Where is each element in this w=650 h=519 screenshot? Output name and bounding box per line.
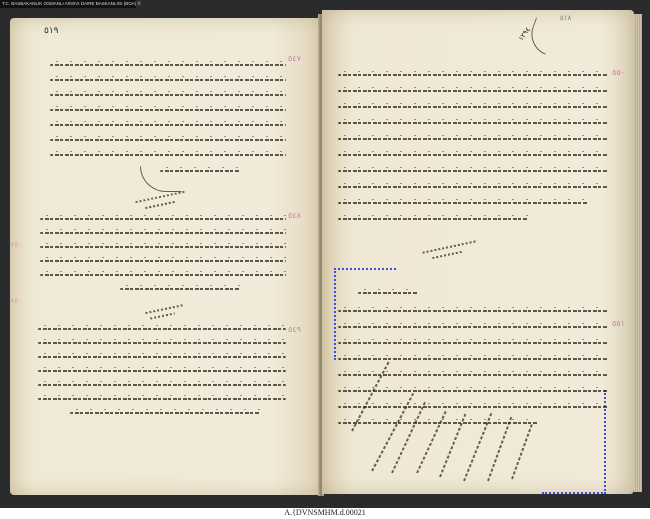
blue-pencil-bracket-top	[334, 268, 396, 360]
text-line	[338, 326, 608, 328]
text-line	[40, 218, 286, 220]
entry-heading	[432, 251, 462, 259]
archive-header-label: T.C. BASBAKANLIK OSMANLI ARSIVI DAIRE BA…	[0, 0, 136, 8]
text-line	[338, 202, 588, 204]
marginal-annotation-line	[487, 415, 513, 481]
entry-number-549: ٥٤٩	[288, 325, 301, 334]
text-line	[338, 218, 528, 220]
text-line	[338, 310, 608, 312]
text-line	[38, 370, 286, 372]
text-line	[338, 406, 608, 408]
right-manuscript-page: ٥١٨ ١٢٩٤ ٥٥٠ ٥٥١	[322, 10, 634, 494]
outer-margin-mark: ٨٥٠	[10, 296, 23, 305]
text-line	[40, 274, 286, 276]
text-line	[50, 124, 286, 126]
entry-heading	[150, 312, 175, 319]
document-reference-caption: A.{DVNSMHM.d.00021	[0, 508, 650, 517]
text-line	[38, 342, 286, 344]
text-line	[358, 292, 418, 294]
outer-margin-mark: ٧٥٠	[10, 240, 23, 249]
marginal-date-note: ١٢٩٤	[517, 26, 532, 43]
text-line	[38, 328, 286, 330]
closing-flourish	[140, 166, 182, 192]
text-line	[338, 122, 608, 124]
text-line	[338, 170, 608, 172]
entry-heading	[135, 191, 184, 203]
marginal-annotation-line	[511, 422, 533, 479]
text-line	[338, 106, 608, 108]
text-line	[40, 232, 286, 234]
text-line	[120, 288, 240, 290]
text-line	[338, 138, 608, 140]
entry-heading	[422, 240, 476, 253]
text-line	[40, 260, 286, 262]
entry-number-547: ٥٤٧	[288, 54, 301, 63]
text-line	[338, 390, 608, 392]
text-line	[338, 90, 608, 92]
text-line	[50, 139, 286, 141]
text-line	[50, 94, 286, 96]
entry-number-548: ٥٤٨	[288, 211, 301, 220]
entry-heading	[145, 304, 185, 314]
text-line	[70, 412, 260, 414]
text-line	[338, 154, 608, 156]
entry-heading	[145, 201, 175, 209]
page-edges	[634, 14, 642, 492]
right-folio-number: ٥١٨	[560, 14, 571, 22]
text-line	[38, 384, 286, 386]
left-folio-number: ٥١٩	[44, 26, 59, 36]
text-line	[338, 342, 608, 344]
left-manuscript-page: ٥١٩ ٥٤٧ ٥٤٨ ٥٤٩ ٧٥٠ ٨٥٠	[10, 18, 320, 495]
text-line	[40, 246, 286, 248]
text-line	[338, 74, 608, 76]
text-line	[38, 356, 286, 358]
marginal-stroke	[525, 17, 557, 55]
text-line	[50, 109, 286, 111]
text-line	[50, 64, 286, 66]
text-line	[50, 154, 286, 156]
text-line	[338, 186, 608, 188]
text-line	[38, 398, 286, 400]
text-line	[338, 374, 608, 376]
entry-number-550: ٥٥٠	[612, 68, 625, 77]
text-line	[50, 79, 286, 81]
text-line	[338, 358, 608, 360]
entry-number-551: ٥٥١	[612, 319, 625, 328]
manuscript-scan-viewport: T.C. BASBAKANLIK OSMANLI ARSIVI DAIRE BA…	[0, 0, 650, 508]
